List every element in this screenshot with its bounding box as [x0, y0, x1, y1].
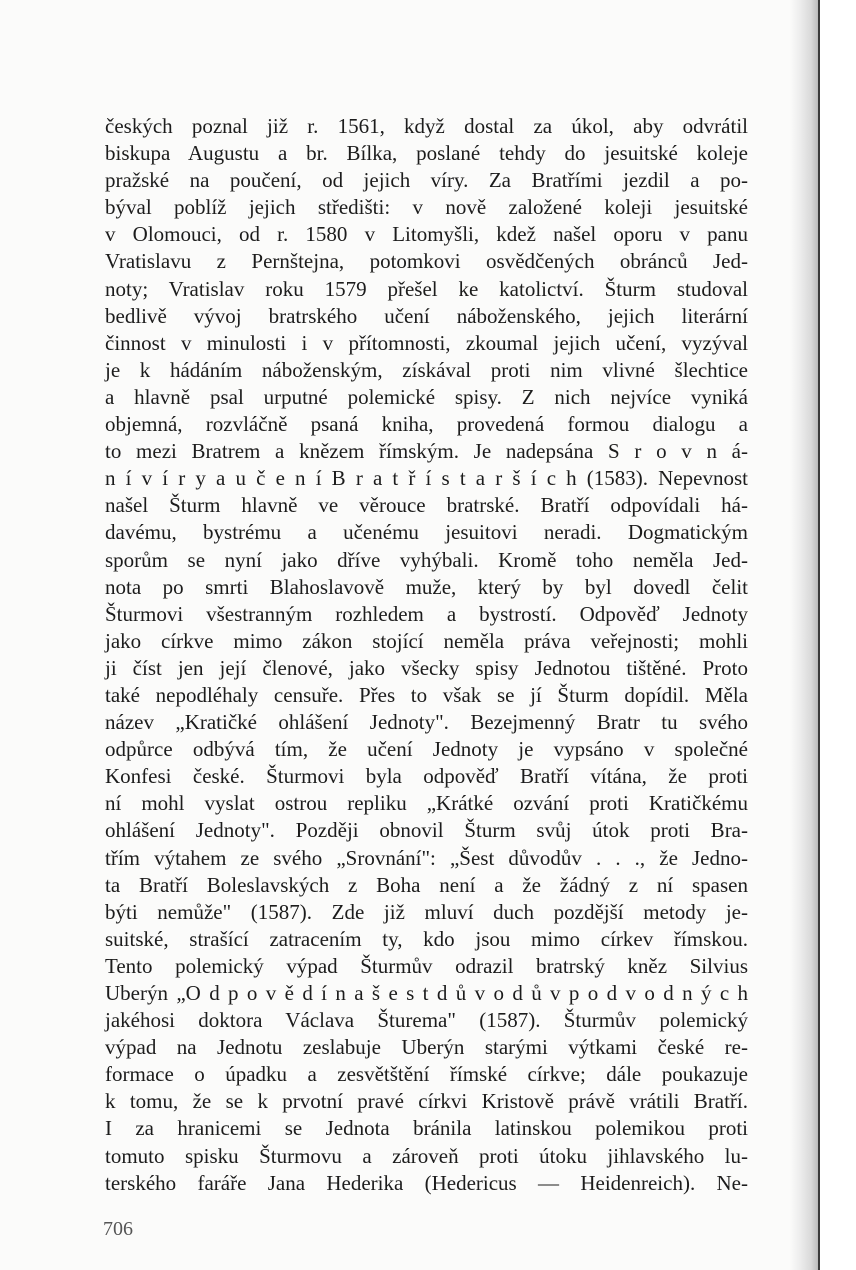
- text-line: ní mohl vyslat ostrou repliku „Krátké oz…: [105, 790, 748, 817]
- text-line: suitské, strašící zatracením ty, kdo jso…: [105, 926, 748, 953]
- text-line: n í v í r y a u č e n í B r a t ř í s t …: [105, 465, 748, 492]
- text-line: nota po smrti Blahoslavově muže, který b…: [105, 574, 748, 601]
- text-line: davému, bystrému a učenému jesuitovi ner…: [105, 519, 748, 546]
- text-line: I za hranicemi se Jednota bránila latins…: [105, 1115, 748, 1142]
- text-line: českých poznal již r. 1561, když dostal …: [105, 113, 748, 140]
- text-line: a hlavně psal urputné polemické spisy. Z…: [105, 384, 748, 411]
- text-line: jakéhosi doktora Václava Šturema" (1587)…: [105, 1007, 748, 1034]
- text-line: objemná, rozvláčně psaná kniha, proveden…: [105, 411, 748, 438]
- page-number: 706: [103, 1218, 133, 1241]
- text-line: výpad na Jednotu zeslabuje Uberýn starým…: [105, 1034, 748, 1061]
- text-line: Uberýn „O d p o v ě d í n a š e s t d ů …: [105, 980, 748, 1007]
- text-line: býti nemůže" (1587). Zde již mluví duch …: [105, 899, 748, 926]
- text-line: k tomu, že se k prvotní pravé církvi Kri…: [105, 1088, 748, 1115]
- outer-margin: [820, 0, 856, 1270]
- text-line: odpůrce odbývá tím, že učení Jednoty je …: [105, 736, 748, 763]
- body-text: českých poznal již r. 1561, když dostal …: [105, 113, 748, 1197]
- text-line: našel Šturm hlavně ve věrouce bratrské. …: [105, 492, 748, 519]
- text-line: Konfesi české. Šturmovi byla odpověď Bra…: [105, 763, 748, 790]
- text-line: je k hádáním náboženským, získával proti…: [105, 357, 748, 384]
- text-line: název „Kratičké ohlášení Jednoty". Bezej…: [105, 709, 748, 736]
- text-line: také nepodléhaly censuře. Přes to však s…: [105, 682, 748, 709]
- text-line: noty; Vratislav roku 1579 přešel ke kato…: [105, 276, 748, 303]
- text-line: Vratislavu z Pernštejna, potomkovi osvěd…: [105, 248, 748, 275]
- text-line: to mezi Bratrem a knězem římským. Je nad…: [105, 438, 748, 465]
- book-page: českých poznal již r. 1561, když dostal …: [0, 0, 856, 1270]
- text-line: jako církve mimo zákon stojící neměla pr…: [105, 628, 748, 655]
- text-line: činnost v minulosti i v přítomnosti, zko…: [105, 330, 748, 357]
- text-line: bedlivě vývoj bratrského učení nábožensk…: [105, 303, 748, 330]
- text-line: biskupa Augustu a br. Bílka, poslané teh…: [105, 140, 748, 167]
- text-line: sporům se nyní jako dříve vyhýbali. Krom…: [105, 547, 748, 574]
- text-line: terského faráře Jana Hederika (Hedericus…: [105, 1170, 748, 1197]
- text-line: třím výtahem ze svého „Srovnání": „Šest …: [105, 845, 748, 872]
- page-binding-shadow: [790, 0, 820, 1270]
- text-line: tomuto spisku Šturmovu a zároveň proti ú…: [105, 1143, 748, 1170]
- text-line: Tento polemický výpad Šturmův odrazil br…: [105, 953, 748, 980]
- text-line: v Olomouci, od r. 1580 v Litomyšli, kdež…: [105, 221, 748, 248]
- text-line: formace o úpadku a zesvětštění římské cí…: [105, 1061, 748, 1088]
- text-line: Šturmovi všestranným rozhledem a bystros…: [105, 601, 748, 628]
- text-line: ohlášení Jednoty". Později obnovil Šturm…: [105, 817, 748, 844]
- text-line: býval poblíž jejich středišti: v nově za…: [105, 194, 748, 221]
- text-line: ta Bratří Boleslavských z Boha není a že…: [105, 872, 748, 899]
- text-line: pražské na poučení, od jejich víry. Za B…: [105, 167, 748, 194]
- text-line: ji číst jen její členové, jako všecky sp…: [105, 655, 748, 682]
